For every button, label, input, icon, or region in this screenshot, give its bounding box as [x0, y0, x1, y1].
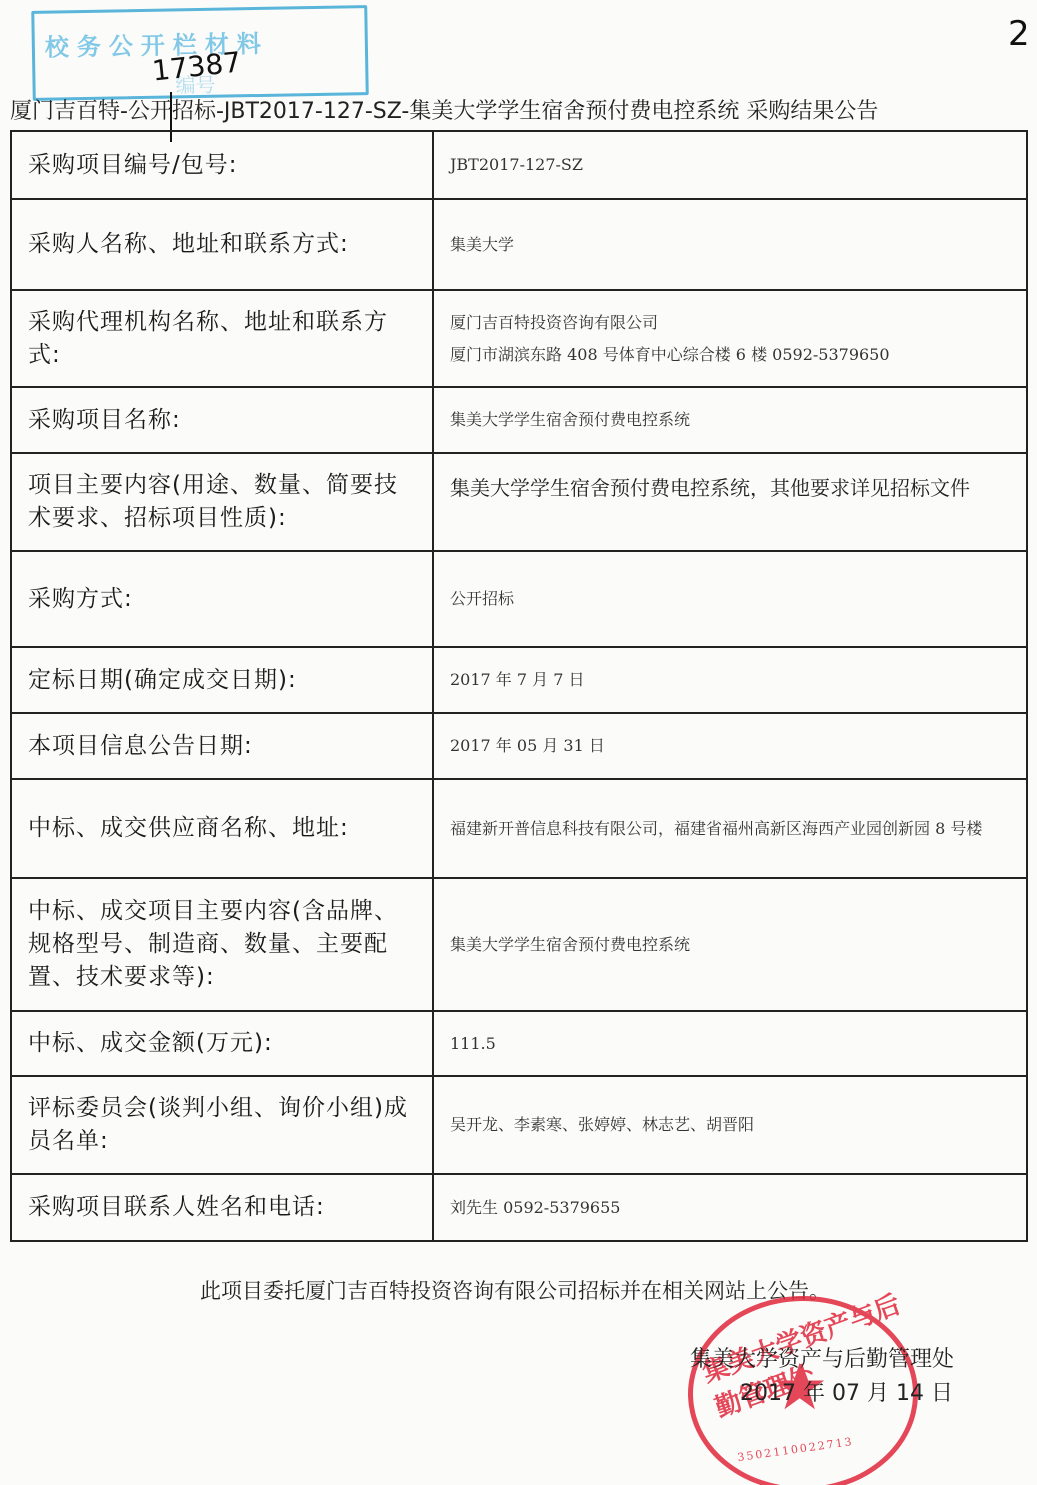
row-value: 2017 年 05 月 31 日 [433, 713, 1027, 779]
row-label: 中标、成交项目主要内容(含品牌、规格型号、制造商、数量、主要配置、技术要求等): [11, 878, 433, 1011]
table-row: 采购人名称、地址和联系方式: 集美大学 [11, 199, 1027, 290]
row-value: 集美大学学生宿舍预付费电控系统 [433, 878, 1027, 1011]
row-label: 采购代理机构名称、地址和联系方式: [11, 290, 433, 387]
row-label: 项目主要内容(用途、数量、简要技术要求、招标项目性质): [11, 453, 433, 551]
row-value: 厦门吉百特投资咨询有限公司 厦门市湖滨东路 408 号体育中心综合楼 6 楼 0… [433, 290, 1027, 387]
row-value: 集美大学 [433, 199, 1027, 290]
table-row: 采购项目编号/包号: JBT2017-127-SZ [11, 131, 1027, 199]
row-value: 集美大学学生宿舍预付费电控系统 [433, 387, 1027, 453]
table-row: 采购代理机构名称、地址和联系方式: 厦门吉百特投资咨询有限公司 厦门市湖滨东路 … [11, 290, 1027, 387]
row-value: 集美大学学生宿舍预付费电控系统，其他要求详见招标文件 [433, 453, 1027, 551]
row-value: 福建新开普信息科技有限公司，福建省福州高新区海西产业园创新园 8 号楼 [433, 779, 1027, 878]
agency-address: 厦门市湖滨东路 408 号体育中心综合楼 6 楼 0592-5379650 [450, 339, 1010, 371]
row-value: 111.5 [433, 1011, 1027, 1076]
table-row: 中标、成交项目主要内容(含品牌、规格型号、制造商、数量、主要配置、技术要求等):… [11, 878, 1027, 1011]
table-row: 采购项目名称: 集美大学学生宿舍预付费电控系统 [11, 387, 1027, 453]
row-value: 刘先生 0592-5379655 [433, 1174, 1027, 1241]
row-label: 定标日期(确定成交日期): [11, 647, 433, 713]
table-row: 采购方式: 公开招标 [11, 551, 1027, 647]
row-label: 采购项目编号/包号: [11, 131, 433, 199]
table-row: 本项目信息公告日期: 2017 年 05 月 31 日 [11, 713, 1027, 779]
row-label: 采购人名称、地址和联系方式: [11, 199, 433, 290]
table-row: 项目主要内容(用途、数量、简要技术要求、招标项目性质): 集美大学学生宿舍预付费… [11, 453, 1027, 551]
row-label: 采购方式: [11, 551, 433, 647]
agency-name: 厦门吉百特投资咨询有限公司 [450, 307, 1010, 339]
table-row: 定标日期(确定成交日期): 2017 年 7 月 7 日 [11, 647, 1027, 713]
signature-date: 2017 年 07 月 14 日 [740, 1376, 953, 1407]
row-value: 公开招标 [433, 551, 1027, 647]
signer-organization: 集美大学资产与后勤管理处 [690, 1342, 954, 1373]
table-row: 中标、成交金额(万元): 111.5 [11, 1011, 1027, 1076]
row-label: 中标、成交供应商名称、地址: [11, 779, 433, 878]
page-number: 2 [1008, 14, 1030, 54]
table-row: 中标、成交供应商名称、地址: 福建新开普信息科技有限公司，福建省福州高新区海西产… [11, 779, 1027, 878]
row-label: 采购项目名称: [11, 387, 433, 453]
procurement-result-table: 采购项目编号/包号: JBT2017-127-SZ 采购人名称、地址和联系方式:… [10, 130, 1028, 1242]
row-label: 中标、成交金额(万元): [11, 1011, 433, 1076]
seal-code: 3502110022713 [737, 1435, 855, 1464]
table-row: 采购项目联系人姓名和电话: 刘先生 0592-5379655 [11, 1174, 1027, 1241]
row-label: 评标委员会(谈判小组、询价小组)成员名单: [11, 1076, 433, 1174]
row-value: 吴开龙、李素寒、张婷婷、林志艺、胡晋阳 [433, 1076, 1027, 1174]
row-value: JBT2017-127-SZ [433, 131, 1027, 199]
row-label: 本项目信息公告日期: [11, 713, 433, 779]
document-title: 厦门吉百特-公开招标-JBT2017-127-SZ-集美大学学生宿舍预付费电控系… [10, 94, 878, 125]
row-label: 采购项目联系人姓名和电话: [11, 1174, 433, 1241]
footer-note: 此项目委托厦门吉百特投资咨询有限公司招标并在相关网站上公告。 [200, 1275, 830, 1305]
table-row: 评标委员会(谈判小组、询价小组)成员名单: 吴开龙、李素寒、张婷婷、林志艺、胡晋… [11, 1076, 1027, 1174]
row-value: 2017 年 7 月 7 日 [433, 647, 1027, 713]
